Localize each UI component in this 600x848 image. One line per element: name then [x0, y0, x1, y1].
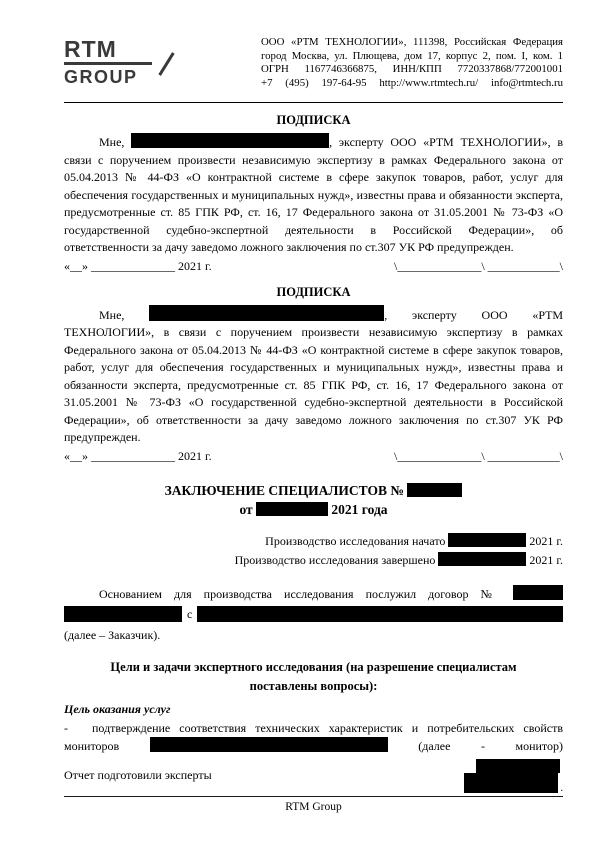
conclusion-title-line2: от 2021 года — [64, 500, 563, 520]
redaction-bar-conclusion-date — [256, 502, 328, 516]
subscription2-date-row: «__» ______________ 2021 г. \___________… — [64, 447, 563, 465]
conclusion-title-line1: ЗАКЛЮЧЕНИЕ СПЕЦИАЛИСТОВ № — [64, 481, 563, 501]
subscription1-intro: Мне, — [99, 135, 124, 149]
header-divider — [64, 102, 563, 103]
subscription1-date-row: «__» ______________ 2021 г. \___________… — [64, 257, 563, 275]
subscription1-signature-blank: \______________\ ____________\ — [394, 257, 563, 275]
letterhead: RTM GROUP ООО «РТМ ТЕХНОЛОГИИ», 111398, … — [64, 36, 563, 90]
subscription2-date-blank: «__» ______________ 2021 г. — [64, 447, 212, 465]
redaction-bar-expert2-name — [149, 305, 384, 321]
goals-subheading: Цель оказания услуг — [64, 700, 563, 719]
conclusion-title-text: ЗАКЛЮЧЕНИЕ СПЕЦИАЛИСТОВ № — [165, 483, 404, 498]
company-street-address: город Москва, ул. Плющева, дом 17, корпу… — [261, 50, 563, 64]
prepared-by-label: Отчет подготовили эксперты — [64, 767, 212, 785]
page-footer: Отчет подготовили эксперты . RTM Group — [64, 756, 563, 817]
company-name-address: ООО «РТМ ТЕХНОЛОГИИ», 111398, Российская… — [261, 36, 563, 50]
company-registration-numbers: ОГРН 1167746366875, ИНН/КПП 7720337868/7… — [261, 63, 563, 77]
research-started-label: Производство исследования начато — [265, 534, 445, 548]
research-finished-year: 2021 г. — [529, 553, 563, 567]
bullet-suffix: (далее - монитор) — [418, 739, 563, 753]
basis-block: Основанием для производства исследования… — [64, 585, 563, 644]
prepared-by-row: Отчет подготовили эксперты . — [64, 756, 563, 796]
subscription1-body: , эксперту ООО «РТМ ТЕХНОЛОГИИ», в связи… — [64, 135, 563, 254]
redaction-bar-contract-date — [64, 606, 182, 622]
research-finished-label: Производство исследования завершено — [235, 553, 436, 567]
research-finished-line: Производство исследования завершено 2021… — [64, 551, 563, 571]
basis-note: (далее – Заказчик). — [64, 626, 563, 644]
footer-brand: RTM Group — [64, 799, 563, 817]
company-contact-block: ООО «РТМ ТЕХНОЛОГИИ», 111398, Российская… — [261, 36, 563, 90]
basis-line2: с — [64, 605, 563, 623]
redaction-bar-conclusion-number — [407, 483, 462, 497]
subscription1-date-blank: «__» ______________ 2021 г. — [64, 257, 212, 275]
rtm-logo: RTM GROUP — [64, 36, 152, 89]
redaction-bar-monitor-model — [150, 737, 388, 752]
logo-slash-icon — [158, 52, 174, 76]
signature-period: . — [561, 780, 564, 798]
redaction-bar-contract-number — [513, 585, 563, 600]
conclusion-title-block: ЗАКЛЮЧЕНИЕ СПЕЦИАЛИСТОВ № от 2021 года — [64, 481, 563, 520]
redaction-bar-finish-date — [438, 552, 526, 566]
subscription1-heading: ПОДПИСКА — [64, 112, 563, 128]
footer-divider — [64, 796, 563, 797]
company-phone-web-email: +7 (495) 197-64-95 http://www.rtmtech.ru… — [261, 77, 563, 91]
logo-text-rtm: RTM — [64, 39, 152, 59]
basis-text: Основанием для производства исследования… — [99, 587, 501, 601]
conclusion-from-label: от — [239, 502, 252, 517]
research-started-year: 2021 г. — [529, 534, 563, 548]
subscription2-intro: Мне, — [99, 308, 124, 322]
logo-text-group: GROUP — [64, 67, 138, 87]
research-dates-block: Производство исследования начато 2021 г.… — [64, 532, 563, 571]
logo-underline: GROUP — [64, 62, 152, 89]
redaction-bar-customer-name — [197, 606, 563, 622]
basis-connector: с — [187, 605, 192, 623]
subscription2-heading: ПОДПИСКА — [64, 284, 563, 300]
research-started-line: Производство исследования начато 2021 г. — [64, 532, 563, 552]
redaction-bar-signature-1 — [476, 759, 560, 773]
subscription2-paragraph: Мне, , эксперту ООО «РТМ ТЕХНОЛОГИИ», в … — [64, 305, 563, 447]
redaction-bar-start-date — [448, 533, 526, 547]
redaction-bar-expert1-name — [131, 133, 329, 148]
subscription2-signature-blank: \______________\ ____________\ — [394, 447, 563, 465]
redaction-bar-signature-2 — [464, 773, 558, 793]
bullet-dash: - — [64, 721, 68, 735]
document-page: RTM GROUP ООО «РТМ ТЕХНОЛОГИИ», 111398, … — [0, 0, 600, 848]
goals-bullet-item: -подтверждение соответствия технических … — [64, 719, 563, 756]
subscription1-paragraph: Мне, , эксперту ООО «РТМ ТЕХНОЛОГИИ», в … — [64, 133, 563, 257]
conclusion-year-label: 2021 года — [331, 502, 387, 517]
subscription2-body: , эксперту ООО «РТМ ТЕХНОЛОГИИ», в связи… — [64, 308, 563, 445]
goals-heading: Цели и задачи экспертного исследования (… — [79, 658, 549, 696]
basis-line1: Основанием для производства исследования… — [64, 585, 563, 603]
